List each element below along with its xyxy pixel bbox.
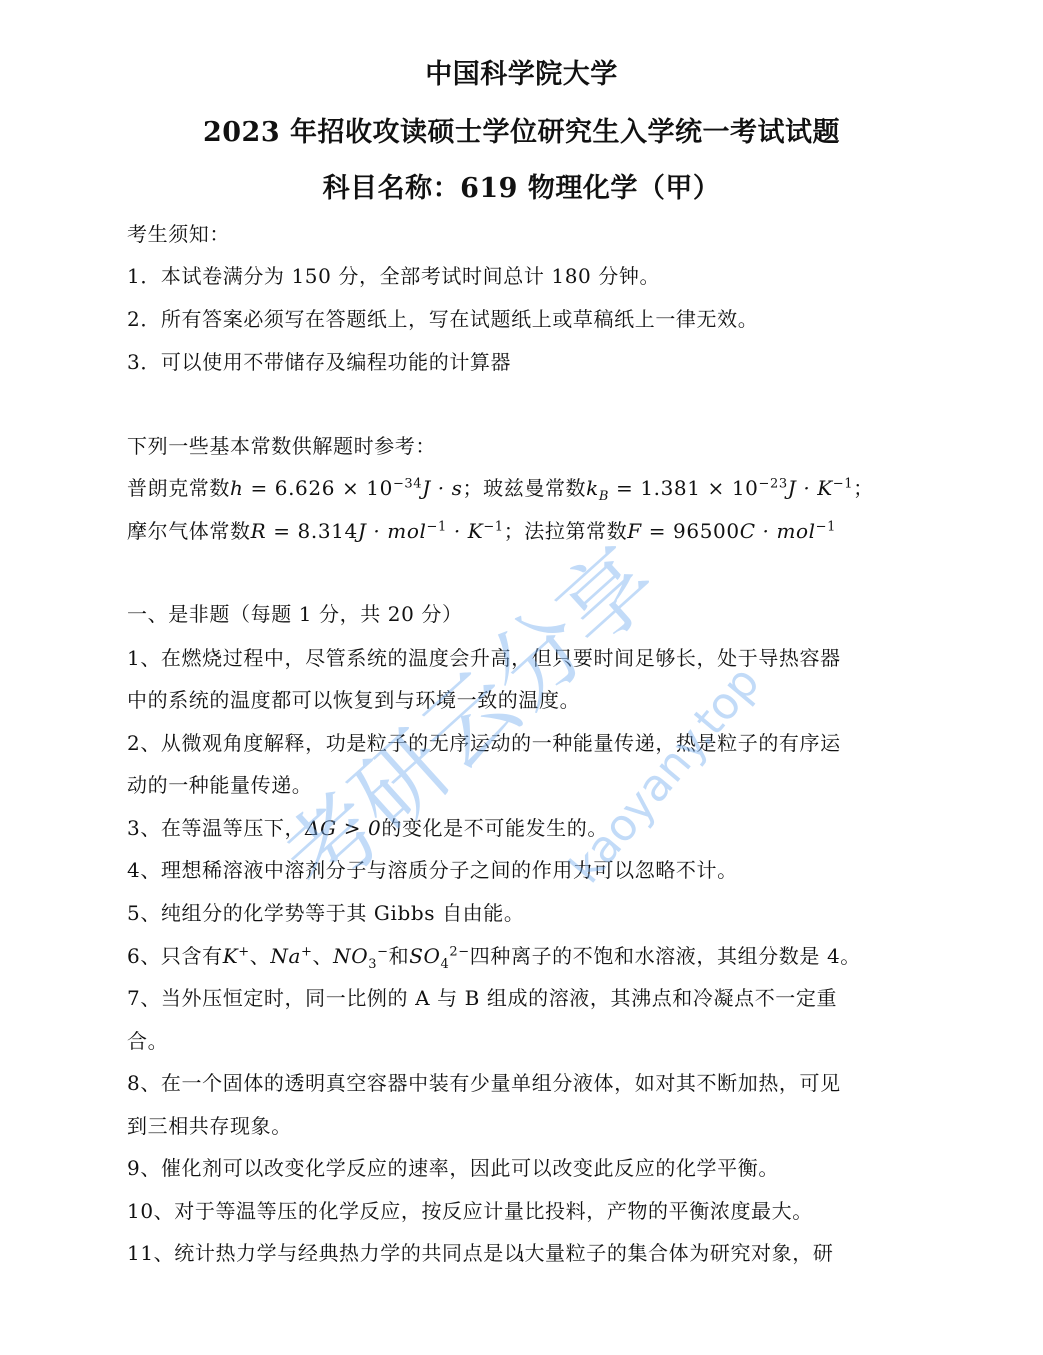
boltzmann-formula: kB = 1.381 × 10−23J · K−1 xyxy=(586,476,853,500)
planck-value: = 6.626 × 10 xyxy=(243,476,392,500)
boltzmann-subscript: B xyxy=(599,489,609,504)
separator: 、 xyxy=(250,944,271,968)
question-6-suffix: 四种离子的不饱和水溶液，其组分数是 4。 xyxy=(470,944,861,968)
gas-value: = 8.314 xyxy=(266,519,358,543)
separator: ； xyxy=(853,476,874,500)
separator: 、 xyxy=(313,944,334,968)
question-2-line-1: 2、从微观角度解释，功是粒子的无序运动的一种能量传递，热是粒子的有序运 xyxy=(127,727,841,756)
ion-sodium: Na+ xyxy=(270,944,312,968)
planck-label: 普朗克常数 xyxy=(127,476,230,500)
ion-charge: 2− xyxy=(449,944,469,959)
ion-symbol: Na xyxy=(270,944,301,968)
question-8-line-1: 8、在一个固体的透明真空容器中装有少量单组分液体，如对其不断加热，可见 xyxy=(127,1067,841,1096)
ion-nitrate: NO3− xyxy=(333,944,388,968)
section-1-heading: 一、是非题（每题 1 分，共 20 分） xyxy=(127,598,463,627)
delta-g-expression: ΔG > 0 xyxy=(305,816,381,840)
boltzmann-label: 玻兹曼常数 xyxy=(483,476,586,500)
faraday-value: = 96500 xyxy=(642,519,740,543)
conjunction: 和 xyxy=(389,944,410,968)
gas-unit-2: · K xyxy=(447,519,483,543)
question-7-line-2: 合。 xyxy=(127,1025,168,1054)
faraday-unit-exponent: −1 xyxy=(816,519,836,534)
gas-unit-1-exponent: −1 xyxy=(427,519,447,534)
gas-unit-2-exponent: −1 xyxy=(483,519,503,534)
faraday-label: 法拉第常数 xyxy=(524,519,627,543)
planck-unit: J · s xyxy=(422,476,462,500)
notice-item-2: 2．所有答案必须写在答题纸上，写在试题纸上或草稿纸上一律无效。 xyxy=(127,303,758,332)
gas-symbol: R xyxy=(251,519,267,543)
planck-symbol: h xyxy=(230,476,243,500)
ion-symbol: K xyxy=(223,944,239,968)
question-3-suffix: 的变化是不可能发生的。 xyxy=(381,816,608,840)
question-9: 9、催化剂可以改变化学反应的速率，因此可以改变此反应的化学平衡。 xyxy=(127,1152,779,1181)
gas-constant-formula: R = 8.314J · mol−1 · K−1 xyxy=(251,519,504,543)
boltzmann-symbol: k xyxy=(586,476,599,500)
question-3: 3、在等温等压下，ΔG > 0的变化是不可能发生的。 xyxy=(127,812,608,841)
ion-potassium: K+ xyxy=(223,944,250,968)
separator: ； xyxy=(504,519,525,543)
boltzmann-unit: J · K xyxy=(788,476,833,500)
university-title: 中国科学院大学 xyxy=(0,52,1043,91)
planck-exponent: −34 xyxy=(393,476,422,491)
boltzmann-unit-exponent: −1 xyxy=(833,476,853,491)
ion-charge: − xyxy=(377,944,389,959)
question-5: 5、纯组分的化学势等于其 Gibbs 自由能。 xyxy=(127,897,524,926)
ion-subscript: 3 xyxy=(368,957,377,972)
question-4: 4、理想稀溶液中溶剂分子与溶质分子之间的作用力可以忽略不计。 xyxy=(127,854,738,883)
subject-title: 科目名称：619 物理化学（甲） xyxy=(0,166,1043,205)
question-2-line-2: 动的一种能量传递。 xyxy=(127,769,312,798)
gas-constant-label: 摩尔气体常数 xyxy=(127,519,251,543)
ion-sulfate: SO42− xyxy=(409,944,470,968)
ion-charge: + xyxy=(238,944,250,959)
constants-line-1: 普朗克常数h = 6.626 × 10−34J · s；玻兹曼常数kB = 1.… xyxy=(127,472,874,501)
faraday-unit: C · mol xyxy=(740,519,816,543)
exam-title: 2023 年招收攻读硕士学位研究生入学统一考试试题 xyxy=(0,110,1043,149)
planck-formula: h = 6.626 × 10−34J · s xyxy=(230,476,463,500)
notice-item-1: 1．本试卷满分为 150 分，全部考试时间总计 180 分钟。 xyxy=(127,260,660,289)
gas-unit-1: J · mol xyxy=(358,519,427,543)
ion-symbol: NO xyxy=(333,944,368,968)
question-6: 6、只含有K+、Na+、NO3−和SO42−四种离子的不饱和水溶液，其组分数是 … xyxy=(127,940,861,969)
ion-symbol: SO xyxy=(409,944,440,968)
constants-intro: 下列一些基本常数供解题时参考： xyxy=(127,430,436,459)
question-1-line-1: 1、在燃烧过程中，尽管系统的温度会升高，但只要时间足够长，处于导热容器 xyxy=(127,642,841,671)
faraday-formula: F = 96500C · mol−1 xyxy=(627,519,836,543)
faraday-symbol: F xyxy=(627,519,641,543)
constants-line-2: 摩尔气体常数R = 8.314J · mol−1 · K−1；法拉第常数F = … xyxy=(127,515,836,544)
page-number: 1 xyxy=(0,1250,1043,1265)
question-1-line-2: 中的系统的温度都可以恢复到与环境一致的温度。 xyxy=(127,684,580,713)
ion-subscript: 4 xyxy=(441,957,450,972)
question-6-prefix: 6、只含有 xyxy=(127,944,223,968)
separator: ； xyxy=(463,476,484,500)
question-7-line-1: 7、当外压恒定时，同一比例的 A 与 B 组成的溶液，其沸点和冷凝点不一定重 xyxy=(127,982,837,1011)
notice-item-3: 3．可以使用不带储存及编程功能的计算器 xyxy=(127,346,511,375)
ion-charge: + xyxy=(301,944,313,959)
notice-heading: 考生须知： xyxy=(127,218,230,247)
boltzmann-exponent: −23 xyxy=(759,476,788,491)
question-8-line-2: 到三相共存现象。 xyxy=(127,1110,292,1139)
question-3-prefix: 3、在等温等压下， xyxy=(127,816,305,840)
boltzmann-value: = 1.381 × 10 xyxy=(609,476,758,500)
exam-page: 中国科学院大学 2023 年招收攻读硕士学位研究生入学统一考试试题 科目名称：6… xyxy=(0,0,1043,1355)
question-10: 10、对于等温等压的化学反应，按反应计量比投料，产物的平衡浓度最大。 xyxy=(127,1195,813,1224)
